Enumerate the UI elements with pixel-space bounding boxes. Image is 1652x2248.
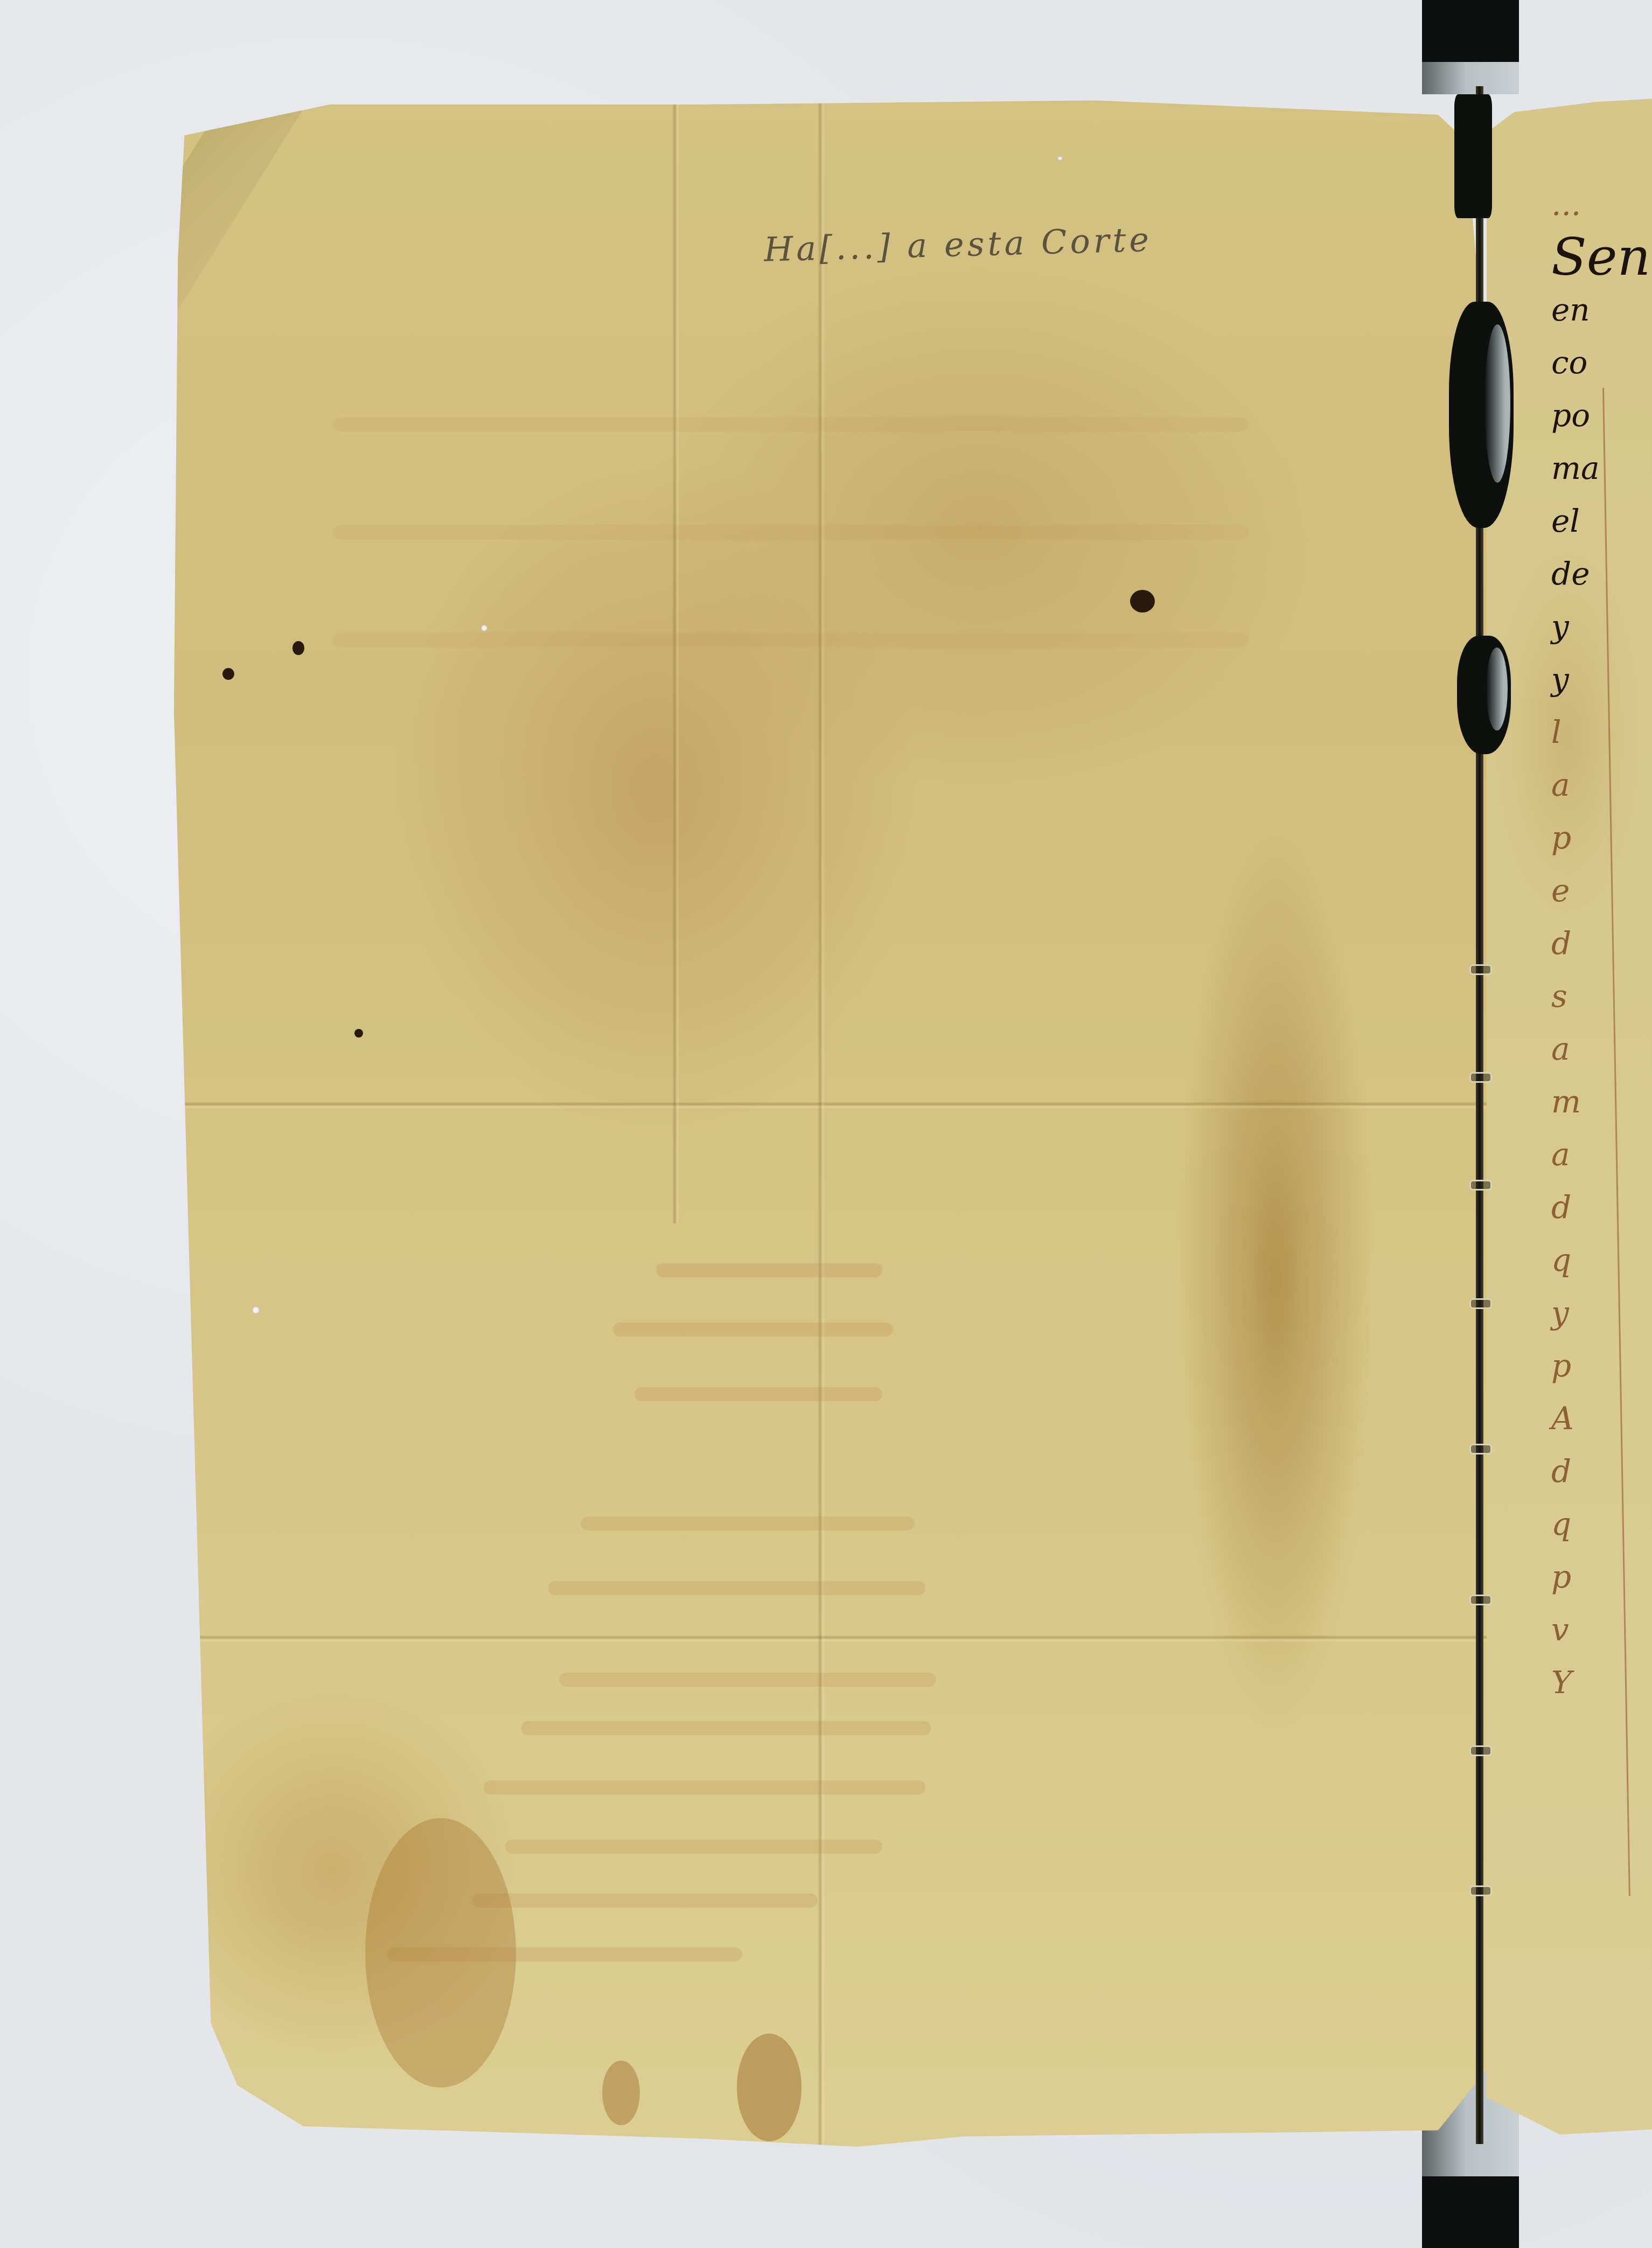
ink-blot [222, 668, 234, 680]
text-fragment: ma [1551, 442, 1652, 495]
water-stain [602, 2061, 640, 2125]
vertical-fold-crease [818, 94, 825, 2147]
text-fragment: d [1551, 1181, 1652, 1234]
text-fragment: ... [1551, 178, 1652, 231]
text-fragment: y [1551, 1286, 1652, 1339]
recto-text-column: ... Seno en co po ma el de y y l a p e d… [1551, 178, 1652, 1709]
text-fragment: a [1551, 1022, 1652, 1075]
text-fragment: q [1551, 1498, 1652, 1550]
scale-segment-white [1422, 62, 1519, 94]
text-fragment: Y [1551, 1656, 1652, 1709]
text-fragment: a [1551, 758, 1652, 811]
bleed-through-line [333, 417, 1249, 431]
worm-hole [1057, 156, 1063, 161]
ink-blot [354, 1029, 363, 1038]
text-fragment: en [1551, 283, 1652, 336]
worm-hole [252, 1306, 260, 1314]
bleed-through-line [473, 1894, 818, 1908]
text-fragment: p [1551, 1550, 1652, 1603]
text-fragment: y [1551, 600, 1652, 653]
text-fragment: p [1551, 811, 1652, 864]
bleed-through-line [635, 1387, 882, 1401]
text-fragment: d [1551, 1445, 1652, 1498]
bleed-through-line [521, 1721, 931, 1735]
worm-hole [481, 625, 487, 631]
binding-stitch [1469, 1745, 1492, 1756]
text-fragment: el [1551, 495, 1652, 547]
text-fragment: y [1551, 653, 1652, 706]
text-fragment: m [1551, 1075, 1652, 1128]
text-fragment: p [1551, 1339, 1652, 1392]
binding-stitch [1469, 1444, 1492, 1454]
paper-tear [1449, 302, 1514, 528]
text-fragment: co [1551, 336, 1652, 389]
text-fragment: d [1551, 917, 1652, 970]
bleed-through-line [656, 1263, 882, 1277]
scale-segment-black [1422, 2176, 1519, 2248]
bleed-through-line [333, 633, 1249, 647]
bleed-through-line [581, 1516, 915, 1530]
scale-segment-black [1422, 0, 1519, 62]
bleed-through-line [613, 1323, 893, 1337]
ink-blot [1130, 590, 1155, 613]
horizontal-fold-crease [171, 1102, 1491, 1109]
text-fragment: de [1551, 547, 1652, 600]
bleed-through-line [484, 1780, 925, 1794]
text-fragment: a [1551, 1128, 1652, 1181]
bleed-through-line [548, 1581, 925, 1595]
text-fragment: A [1551, 1392, 1652, 1445]
water-stain [365, 1818, 516, 2087]
vertical-fold-crease [672, 94, 680, 1223]
text-fragment: l [1551, 706, 1652, 758]
binding-stitch [1469, 1595, 1492, 1605]
binding-stitch [1469, 964, 1492, 975]
binding-stitch [1469, 1180, 1492, 1191]
text-fragment: q [1551, 1234, 1652, 1286]
bleed-through-line [559, 1673, 936, 1687]
bleed-through-line [333, 525, 1249, 539]
paper-tear [1457, 636, 1511, 754]
text-fragment: v [1551, 1603, 1652, 1656]
text-fragment: Seno [1551, 231, 1652, 283]
text-fragment: po [1551, 389, 1652, 442]
binding-stitch [1469, 1298, 1492, 1309]
paper-tear [1454, 94, 1492, 218]
text-fragment: e [1551, 864, 1652, 917]
handwritten-annotation: Ha[...] a esta Corte [763, 217, 1249, 269]
horizontal-fold-crease [171, 1635, 1491, 1642]
left-page: Ha[...] a esta Corte [171, 94, 1491, 2147]
bleed-through-line [505, 1840, 882, 1854]
ink-blot [292, 641, 304, 655]
text-fragment: s [1551, 970, 1652, 1022]
binding-stitch [1469, 1072, 1492, 1083]
binding-stitch [1469, 1885, 1492, 1896]
water-stain [737, 2034, 801, 2141]
